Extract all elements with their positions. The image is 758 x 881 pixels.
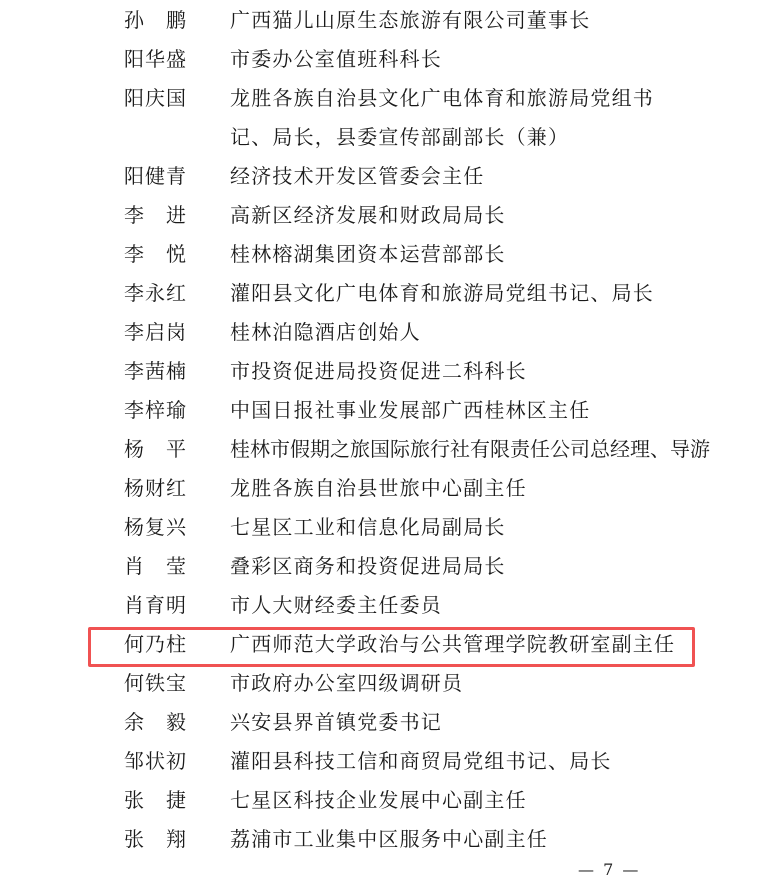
list-item: 余 毅 兴安县界首镇党委书记	[0, 703, 758, 742]
person-name: 杨复兴	[124, 508, 194, 547]
person-name: 李 悦	[124, 235, 194, 274]
title-line: 经济技术开发区管委会主任	[230, 157, 690, 196]
person-name: 何铁宝	[124, 664, 194, 703]
title-line: 市投资促进局投资促进二科科长	[230, 352, 690, 391]
title-line: 兴安县界首镇党委书记	[230, 703, 690, 742]
title-line: 桂林市假期之旅国际旅行社有限责任公司总经理、导游	[230, 430, 690, 469]
title-line: 高新区经济发展和财政局局长	[230, 196, 690, 235]
title-line: 广西猫儿山原生态旅游有限公司董事长	[230, 1, 690, 40]
title-line: 灌阳县科技工信和商贸局党组书记、局长	[230, 742, 690, 781]
person-title: 中国日报社事业发展部广西桂林区主任	[230, 391, 690, 430]
list-item: 何铁宝 市政府办公室四级调研员	[0, 664, 758, 703]
person-title: 高新区经济发展和财政局局长	[230, 196, 690, 235]
list-item: 李启岗 桂林泊隐酒店创始人	[0, 313, 758, 352]
title-line: 七星区工业和信息化局副局长	[230, 508, 690, 547]
person-name: 杨财红	[124, 469, 194, 508]
person-title: 广西师范大学政治与公共管理学院教研室副主任	[230, 625, 690, 664]
person-name: 何乃柱	[124, 625, 194, 664]
title-line: 灌阳县文化广电体育和旅游局党组书记、局长	[230, 274, 690, 313]
title-line: 市委办公室值班科科长	[230, 40, 690, 79]
person-title: 灌阳县科技工信和商贸局党组书记、局长	[230, 742, 690, 781]
person-name: 阳华盛	[124, 40, 194, 79]
list-item-highlighted: 何乃柱 广西师范大学政治与公共管理学院教研室副主任	[0, 625, 758, 664]
list-item: 张 翔 荔浦市工业集中区服务中心副主任	[0, 820, 758, 859]
title-line: 市政府办公室四级调研员	[230, 664, 690, 703]
person-title: 广西猫儿山原生态旅游有限公司董事长	[230, 1, 690, 40]
list-item: 阳华盛 市委办公室值班科科长	[0, 40, 758, 79]
title-line: 记、局长，县委宣传部副部长（兼）	[230, 118, 690, 157]
person-name: 邹状初	[124, 742, 194, 781]
person-title: 市委办公室值班科科长	[230, 40, 690, 79]
person-title: 叠彩区商务和投资促进局局长	[230, 547, 690, 586]
person-title: 七星区工业和信息化局副局长	[230, 508, 690, 547]
person-title: 桂林泊隐酒店创始人	[230, 313, 690, 352]
list-item: 阳健青 经济技术开发区管委会主任	[0, 157, 758, 196]
person-title: 龙胜各族自治县文化广电体育和旅游局党组书 记、局长，县委宣传部副部长（兼）	[230, 79, 690, 157]
title-line: 中国日报社事业发展部广西桂林区主任	[230, 391, 690, 430]
title-line: 市人大财经委主任委员	[230, 586, 690, 625]
title-line: 龙胜各族自治县世旅中心副主任	[230, 469, 690, 508]
name-list: 孙 鹏 广西猫儿山原生态旅游有限公司董事长 阳华盛 市委办公室值班科科长 阳庆国…	[0, 1, 758, 859]
person-name: 李梓瑜	[124, 391, 194, 430]
person-name: 杨 平	[124, 430, 194, 469]
person-name: 肖育明	[124, 586, 194, 625]
list-item: 肖 莹 叠彩区商务和投资促进局局长	[0, 547, 758, 586]
person-name: 张 捷	[124, 781, 194, 820]
list-item: 邹状初 灌阳县科技工信和商贸局党组书记、局长	[0, 742, 758, 781]
list-item: 张 捷 七星区科技企业发展中心副主任	[0, 781, 758, 820]
title-line: 桂林榕湖集团资本运营部部长	[230, 235, 690, 274]
person-title: 桂林市假期之旅国际旅行社有限责任公司总经理、导游	[230, 430, 690, 469]
person-title: 市政府办公室四级调研员	[230, 664, 690, 703]
person-name: 李启岗	[124, 313, 194, 352]
title-line: 桂林泊隐酒店创始人	[230, 313, 690, 352]
person-name: 李 进	[124, 196, 194, 235]
person-title: 龙胜各族自治县世旅中心副主任	[230, 469, 690, 508]
page-number: — 7 —	[578, 860, 640, 879]
list-item: 李梓瑜 中国日报社事业发展部广西桂林区主任	[0, 391, 758, 430]
list-item: 李永红 灌阳县文化广电体育和旅游局党组书记、局长	[0, 274, 758, 313]
person-name: 李永红	[124, 274, 194, 313]
person-title: 市人大财经委主任委员	[230, 586, 690, 625]
person-title: 市投资促进局投资促进二科科长	[230, 352, 690, 391]
list-item: 阳庆国 龙胜各族自治县文化广电体育和旅游局党组书 记、局长，县委宣传部副部长（兼…	[0, 79, 758, 157]
person-title: 灌阳县文化广电体育和旅游局党组书记、局长	[230, 274, 690, 313]
person-name: 张 翔	[124, 820, 194, 859]
list-item: 杨复兴 七星区工业和信息化局副局长	[0, 508, 758, 547]
list-item: 肖育明 市人大财经委主任委员	[0, 586, 758, 625]
list-item: 杨财红 龙胜各族自治县世旅中心副主任	[0, 469, 758, 508]
person-name: 孙 鹏	[124, 1, 194, 40]
list-item: 孙 鹏 广西猫儿山原生态旅游有限公司董事长	[0, 1, 758, 40]
person-title: 经济技术开发区管委会主任	[230, 157, 690, 196]
person-title: 桂林榕湖集团资本运营部部长	[230, 235, 690, 274]
title-line: 荔浦市工业集中区服务中心副主任	[230, 820, 690, 859]
title-line: 广西师范大学政治与公共管理学院教研室副主任	[230, 625, 690, 664]
person-name: 李茜楠	[124, 352, 194, 391]
title-line: 七星区科技企业发展中心副主任	[230, 781, 690, 820]
person-title: 兴安县界首镇党委书记	[230, 703, 690, 742]
person-title: 七星区科技企业发展中心副主任	[230, 781, 690, 820]
person-title: 荔浦市工业集中区服务中心副主任	[230, 820, 690, 859]
list-item: 李 进 高新区经济发展和财政局局长	[0, 196, 758, 235]
title-line: 叠彩区商务和投资促进局局长	[230, 547, 690, 586]
person-name: 肖 莹	[124, 547, 194, 586]
list-item: 李 悦 桂林榕湖集团资本运营部部长	[0, 235, 758, 274]
list-item: 杨 平 桂林市假期之旅国际旅行社有限责任公司总经理、导游	[0, 430, 758, 469]
person-name: 余 毅	[124, 703, 194, 742]
person-name: 阳庆国	[124, 79, 194, 118]
list-item: 李茜楠 市投资促进局投资促进二科科长	[0, 352, 758, 391]
title-line: 龙胜各族自治县文化广电体育和旅游局党组书	[230, 79, 690, 118]
person-name: 阳健青	[124, 157, 194, 196]
